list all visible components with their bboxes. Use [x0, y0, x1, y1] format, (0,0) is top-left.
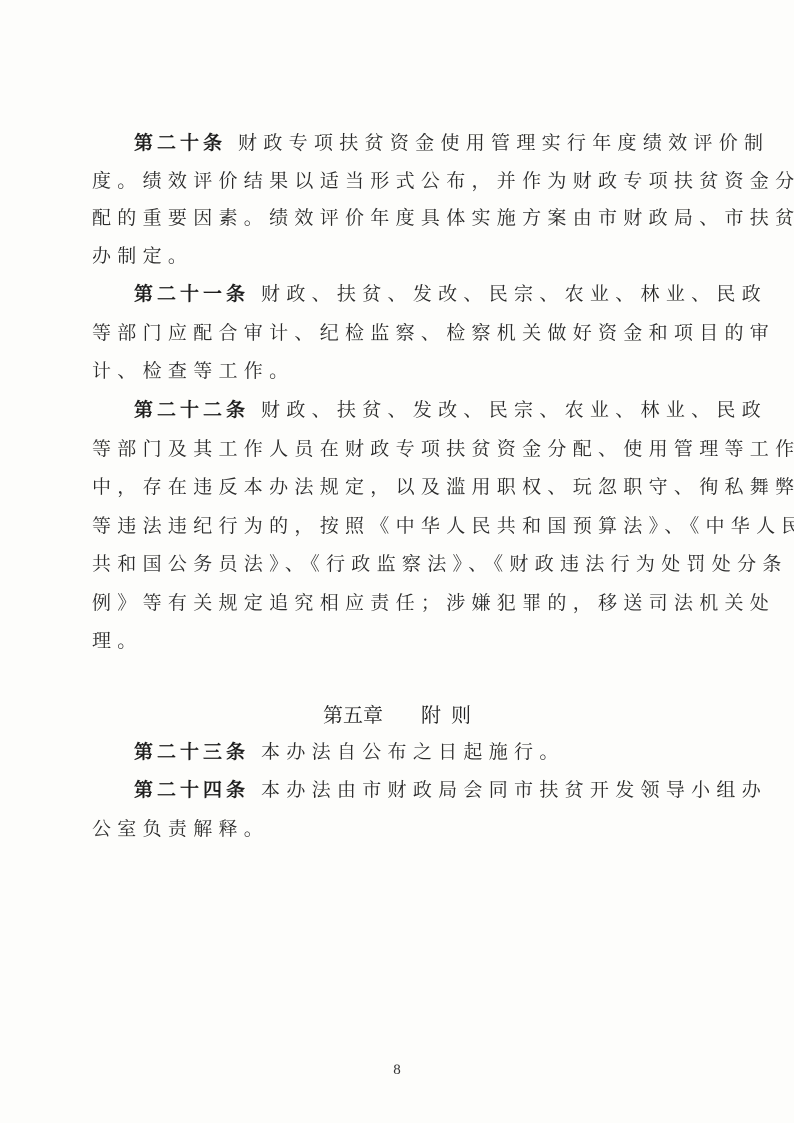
- chapter-title-char: 附: [421, 703, 441, 727]
- article-text: 财政、扶贫、发改、民宗、农业、林业、民政: [261, 283, 767, 305]
- chapter-title-char: 则: [451, 703, 471, 727]
- article-line: 度。绩效评价结果以适当形式公布，并作为财政专项扶贫资金分: [92, 166, 706, 196]
- article-line: 等违法违纪行为的，按照《中华人民共和国预算法》、《中华人民: [92, 511, 706, 541]
- chapter-number: 第五章: [323, 703, 383, 727]
- article-text: 财政、扶贫、发改、民宗、农业、林业、民政: [261, 399, 767, 421]
- article-line: 第二十一条财政、扶贫、发改、民宗、农业、林业、民政: [134, 279, 706, 309]
- article-number: 第二十三条: [134, 741, 249, 763]
- article-number: 第二十一条: [134, 283, 249, 305]
- article-text: 本办法由市财政局会同市扶贫开发领导小组办: [261, 779, 767, 801]
- article-line: 共和国公务员法》、《行政监察法》、《财政违法行为处罚处分条: [92, 549, 706, 579]
- article-line: 第二十二条财政、扶贫、发改、民宗、农业、林业、民政: [134, 395, 706, 425]
- article-line: 公室负责解释。: [92, 814, 706, 844]
- article-line: 第二十三条本办法自公布之日起施行。: [134, 737, 706, 767]
- chapter-heading: 第五章附则: [0, 700, 794, 730]
- article-text: 财政专项扶贫资金使用管理实行年度绩效评价制: [238, 132, 769, 154]
- article-line: 中，存在违反本办法规定，以及滥用职权、玩忽职守、徇私舞弊: [92, 472, 706, 502]
- article-line: 等部门及其工作人员在财政专项扶贫资金分配、使用管理等工作: [92, 434, 706, 464]
- article-line: 办制定。: [92, 241, 706, 271]
- article-line: 等部门应配合审计、纪检监察、检察机关做好资金和项目的审: [92, 318, 706, 348]
- article-line: 理。: [92, 626, 706, 656]
- article-number: 第二十四条: [134, 779, 249, 801]
- article-line: 例》等有关规定追究相应责任；涉嫌犯罪的，移送司法机关处: [92, 588, 706, 618]
- article-line: 第二十条财政专项扶贫资金使用管理实行年度绩效评价制: [134, 128, 706, 158]
- article-line: 计、检查等工作。: [92, 356, 706, 386]
- article-text: 本办法自公布之日起施行。: [261, 741, 565, 763]
- article-line: 第二十四条本办法由市财政局会同市扶贫开发领导小组办: [134, 775, 706, 805]
- article-line: 配的重要因素。绩效评价年度具体实施方案由市财政局、市扶贫: [92, 203, 706, 233]
- page-number: 8: [0, 1062, 794, 1079]
- article-number: 第二十二条: [134, 399, 249, 421]
- article-number: 第二十条: [134, 132, 226, 154]
